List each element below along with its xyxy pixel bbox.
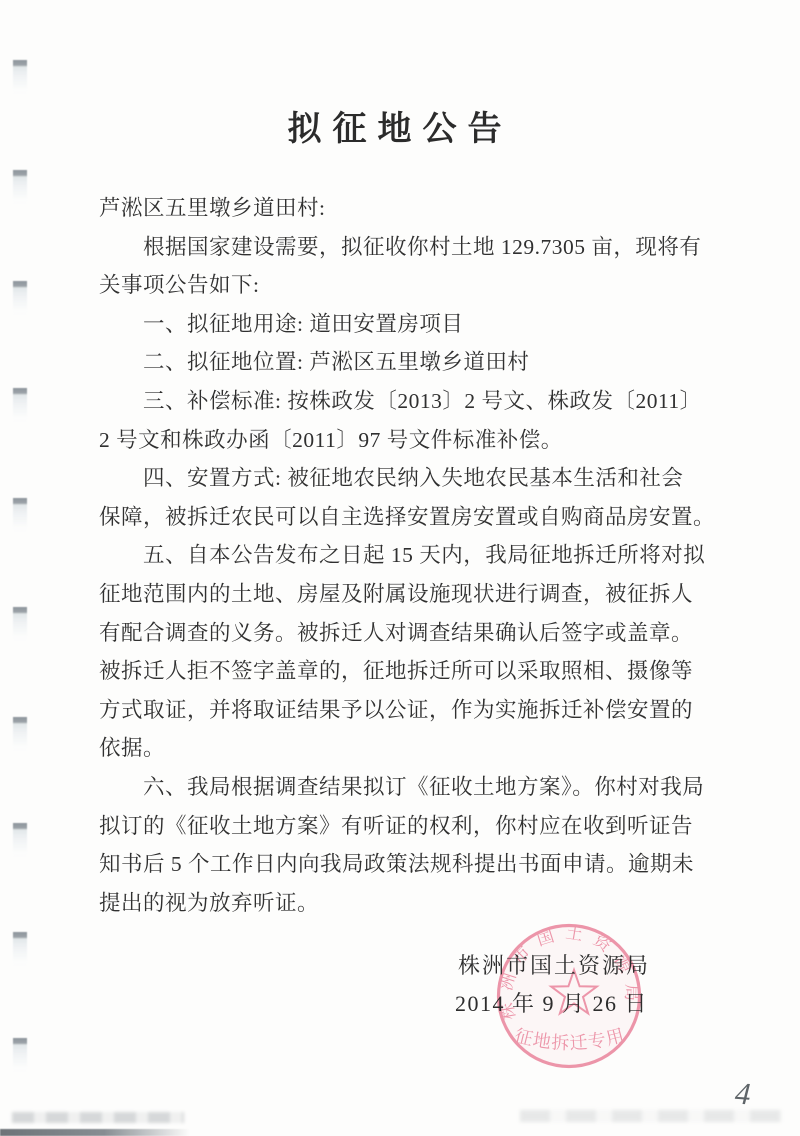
scan-edge-shadow	[0, 1129, 190, 1136]
notice-line: 知书后 5 个工作日内向我局政策法规科提出书面申请。逾期未	[99, 845, 739, 884]
binding-mark	[13, 932, 27, 967]
notice-line: 征地范围内的土地、房屋及附属设施现状进行调查，被征拆人	[99, 575, 739, 614]
notice-title: 拟征地公告	[0, 101, 800, 150]
binding-mark	[13, 281, 27, 316]
binding-mark	[13, 498, 27, 533]
binding-mark	[13, 170, 27, 205]
binding-mark	[13, 388, 27, 423]
notice-line: 根据国家建设需要，拟征收你村土地 129.7305 亩，现将有	[99, 228, 739, 267]
binding-mark	[13, 1038, 27, 1073]
page-number-handwritten: 4	[734, 1076, 752, 1113]
notice-line: 保障，被拆迁农民可以自主选择安置房安置或自购商品房安置。	[99, 498, 739, 537]
notice-line-item-6: 六、我局根据调查结果拟订《征收土地方案》。你村对我局	[99, 768, 739, 807]
binding-mark	[13, 60, 27, 95]
notice-line: 有配合调查的义务。被拆迁人对调查结果确认后签字或盖章。	[99, 614, 739, 653]
notice-line-item-1: 一、拟征地用途: 道田安置房项目	[99, 305, 739, 344]
notice-line: 方式取证，并将取证结果予以公证，作为实施拆迁补偿安置的	[99, 691, 739, 730]
document-page: 拟征地公告 芦淞区五里墩乡道田村: 根据国家建设需要，拟征收你村土地 129.7…	[0, 0, 800, 1136]
binding-mark	[13, 823, 27, 858]
notice-line: 被拆迁人拒不签字盖章的，征地拆迁所可以采取照相、摄像等	[99, 652, 739, 691]
binding-mark	[13, 717, 27, 752]
notice-line: 2 号文和株政办函〔2011〕97 号文件标准补偿。	[99, 421, 739, 460]
notice-line-item-5: 五、自本公告发布之日起 15 天内，我局征地拆迁所将对拟	[99, 536, 739, 575]
notice-line-item-4: 四、安置方式: 被征地农民纳入失地农民基本生活和社会	[99, 459, 739, 498]
notice-line: 关事项公告如下:	[99, 266, 739, 305]
notice-line-addressee: 芦淞区五里墩乡道田村:	[99, 189, 739, 228]
notice-line: 依据。	[99, 729, 739, 768]
notice-line-item-3: 三、补偿标准: 按株政发〔2013〕2 号文、株政发〔2011〕	[99, 382, 739, 421]
scan-smudge-left	[12, 1112, 184, 1123]
binding-mark	[13, 607, 27, 642]
signature-date: 2014 年 9 月 26 日	[455, 987, 648, 1018]
notice-line-item-2: 二、拟征地位置: 芦淞区五里墩乡道田村	[99, 343, 739, 382]
notice-body: 芦淞区五里墩乡道田村: 根据国家建设需要，拟征收你村土地 129.7305 亩，…	[99, 189, 739, 922]
signature-agency: 株洲市国土资源局	[458, 949, 650, 980]
notice-line: 拟订的《征收土地方案》有听证的权利，你村应在收到听证告	[99, 807, 739, 846]
